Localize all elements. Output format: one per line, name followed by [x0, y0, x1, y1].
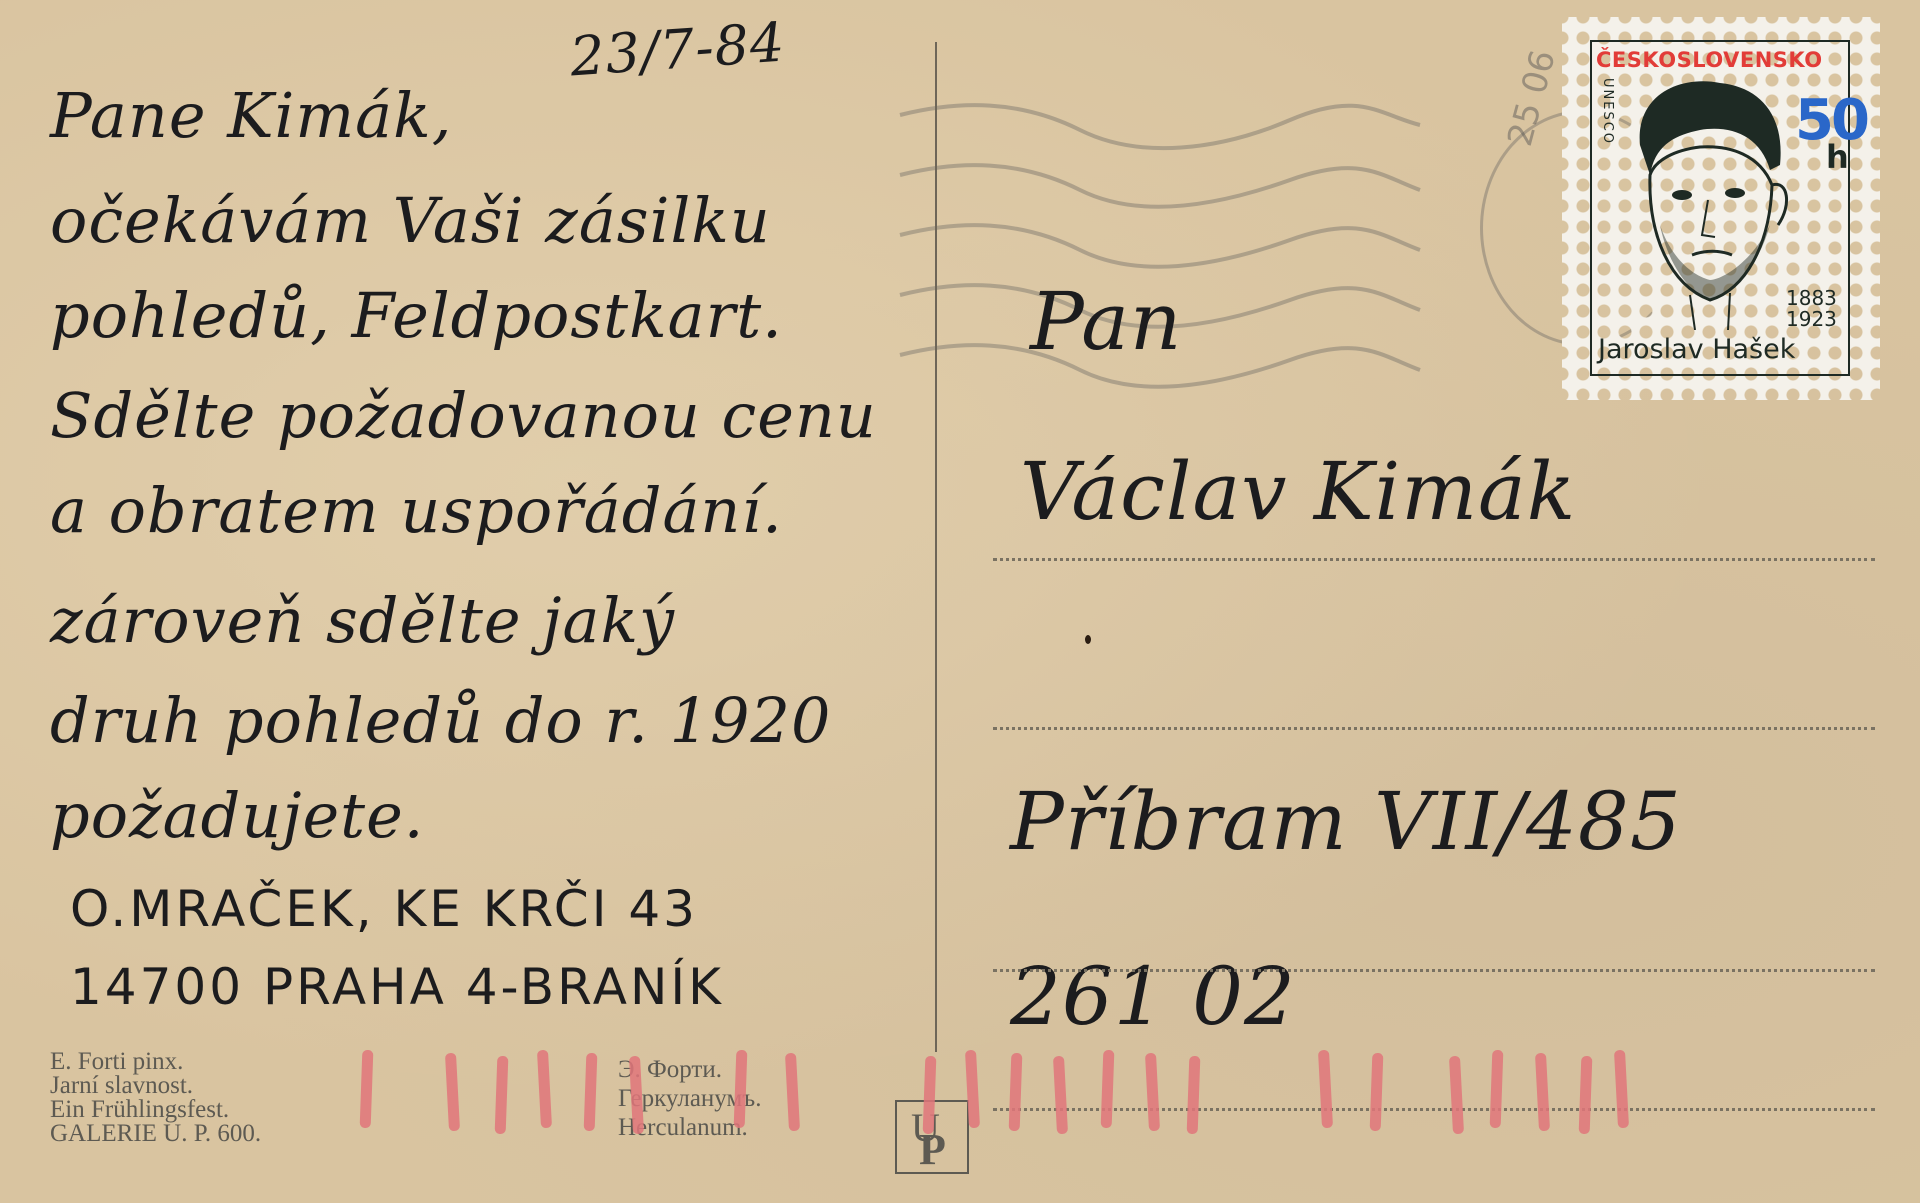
ink-speck — [1085, 635, 1091, 644]
stamp-side-text: UNESCO — [1600, 78, 1615, 145]
message-line: pohledů, Feldpostkart. — [50, 285, 783, 347]
stamp-years: 1883 1923 — [1786, 288, 1837, 330]
caption-title-de: Ein Frühlingsfest. — [50, 1098, 229, 1122]
address-line — [993, 558, 1875, 561]
message-line: zároveň sdělte jaký — [50, 590, 675, 652]
recipient-postal-code: 261 02 — [1010, 950, 1296, 1043]
address-line — [993, 727, 1875, 730]
caption-gallery: GALERIE U. P. 600. — [50, 1122, 261, 1146]
recipient-street: Příbram VII/485 — [1010, 775, 1682, 868]
caption-title-cz: Jarní slavnost. — [50, 1074, 193, 1098]
message-line: očekávám Vaši zásilku — [50, 190, 771, 252]
message-line: Pane Kimák, — [50, 85, 452, 147]
message-line: Sdělte požadovanou cenu — [50, 385, 877, 447]
address-line — [993, 1108, 1875, 1111]
recipient-name: Václav Kimák — [1020, 445, 1576, 538]
stamp-birth-year: 1883 — [1786, 288, 1837, 309]
recipient-salutation: Pan — [1030, 275, 1182, 368]
message-line: požadujete. — [50, 785, 425, 847]
center-divider — [935, 42, 937, 1052]
sender-address-line2: 14700 PRAHA 4-BRANÍK — [70, 958, 724, 1016]
stamp-portrait-name: Jaroslav Hašek — [1598, 334, 1795, 365]
address-line — [993, 969, 1875, 972]
portrait-illustration — [1620, 75, 1795, 330]
stamp-unit: h — [1826, 138, 1849, 176]
caption-artist: E. Forti pinx. — [50, 1050, 183, 1074]
message-line: druh pohledů do r. 1920 — [50, 690, 831, 752]
message-line: a obratem uspořádání. — [50, 480, 783, 542]
stamp-country: ČESKOSLOVENSKO — [1596, 48, 1823, 72]
sender-address-line1: O.MRAČEK, KE KRČI 43 — [70, 880, 698, 938]
stamp-death-year: 1923 — [1786, 309, 1837, 330]
